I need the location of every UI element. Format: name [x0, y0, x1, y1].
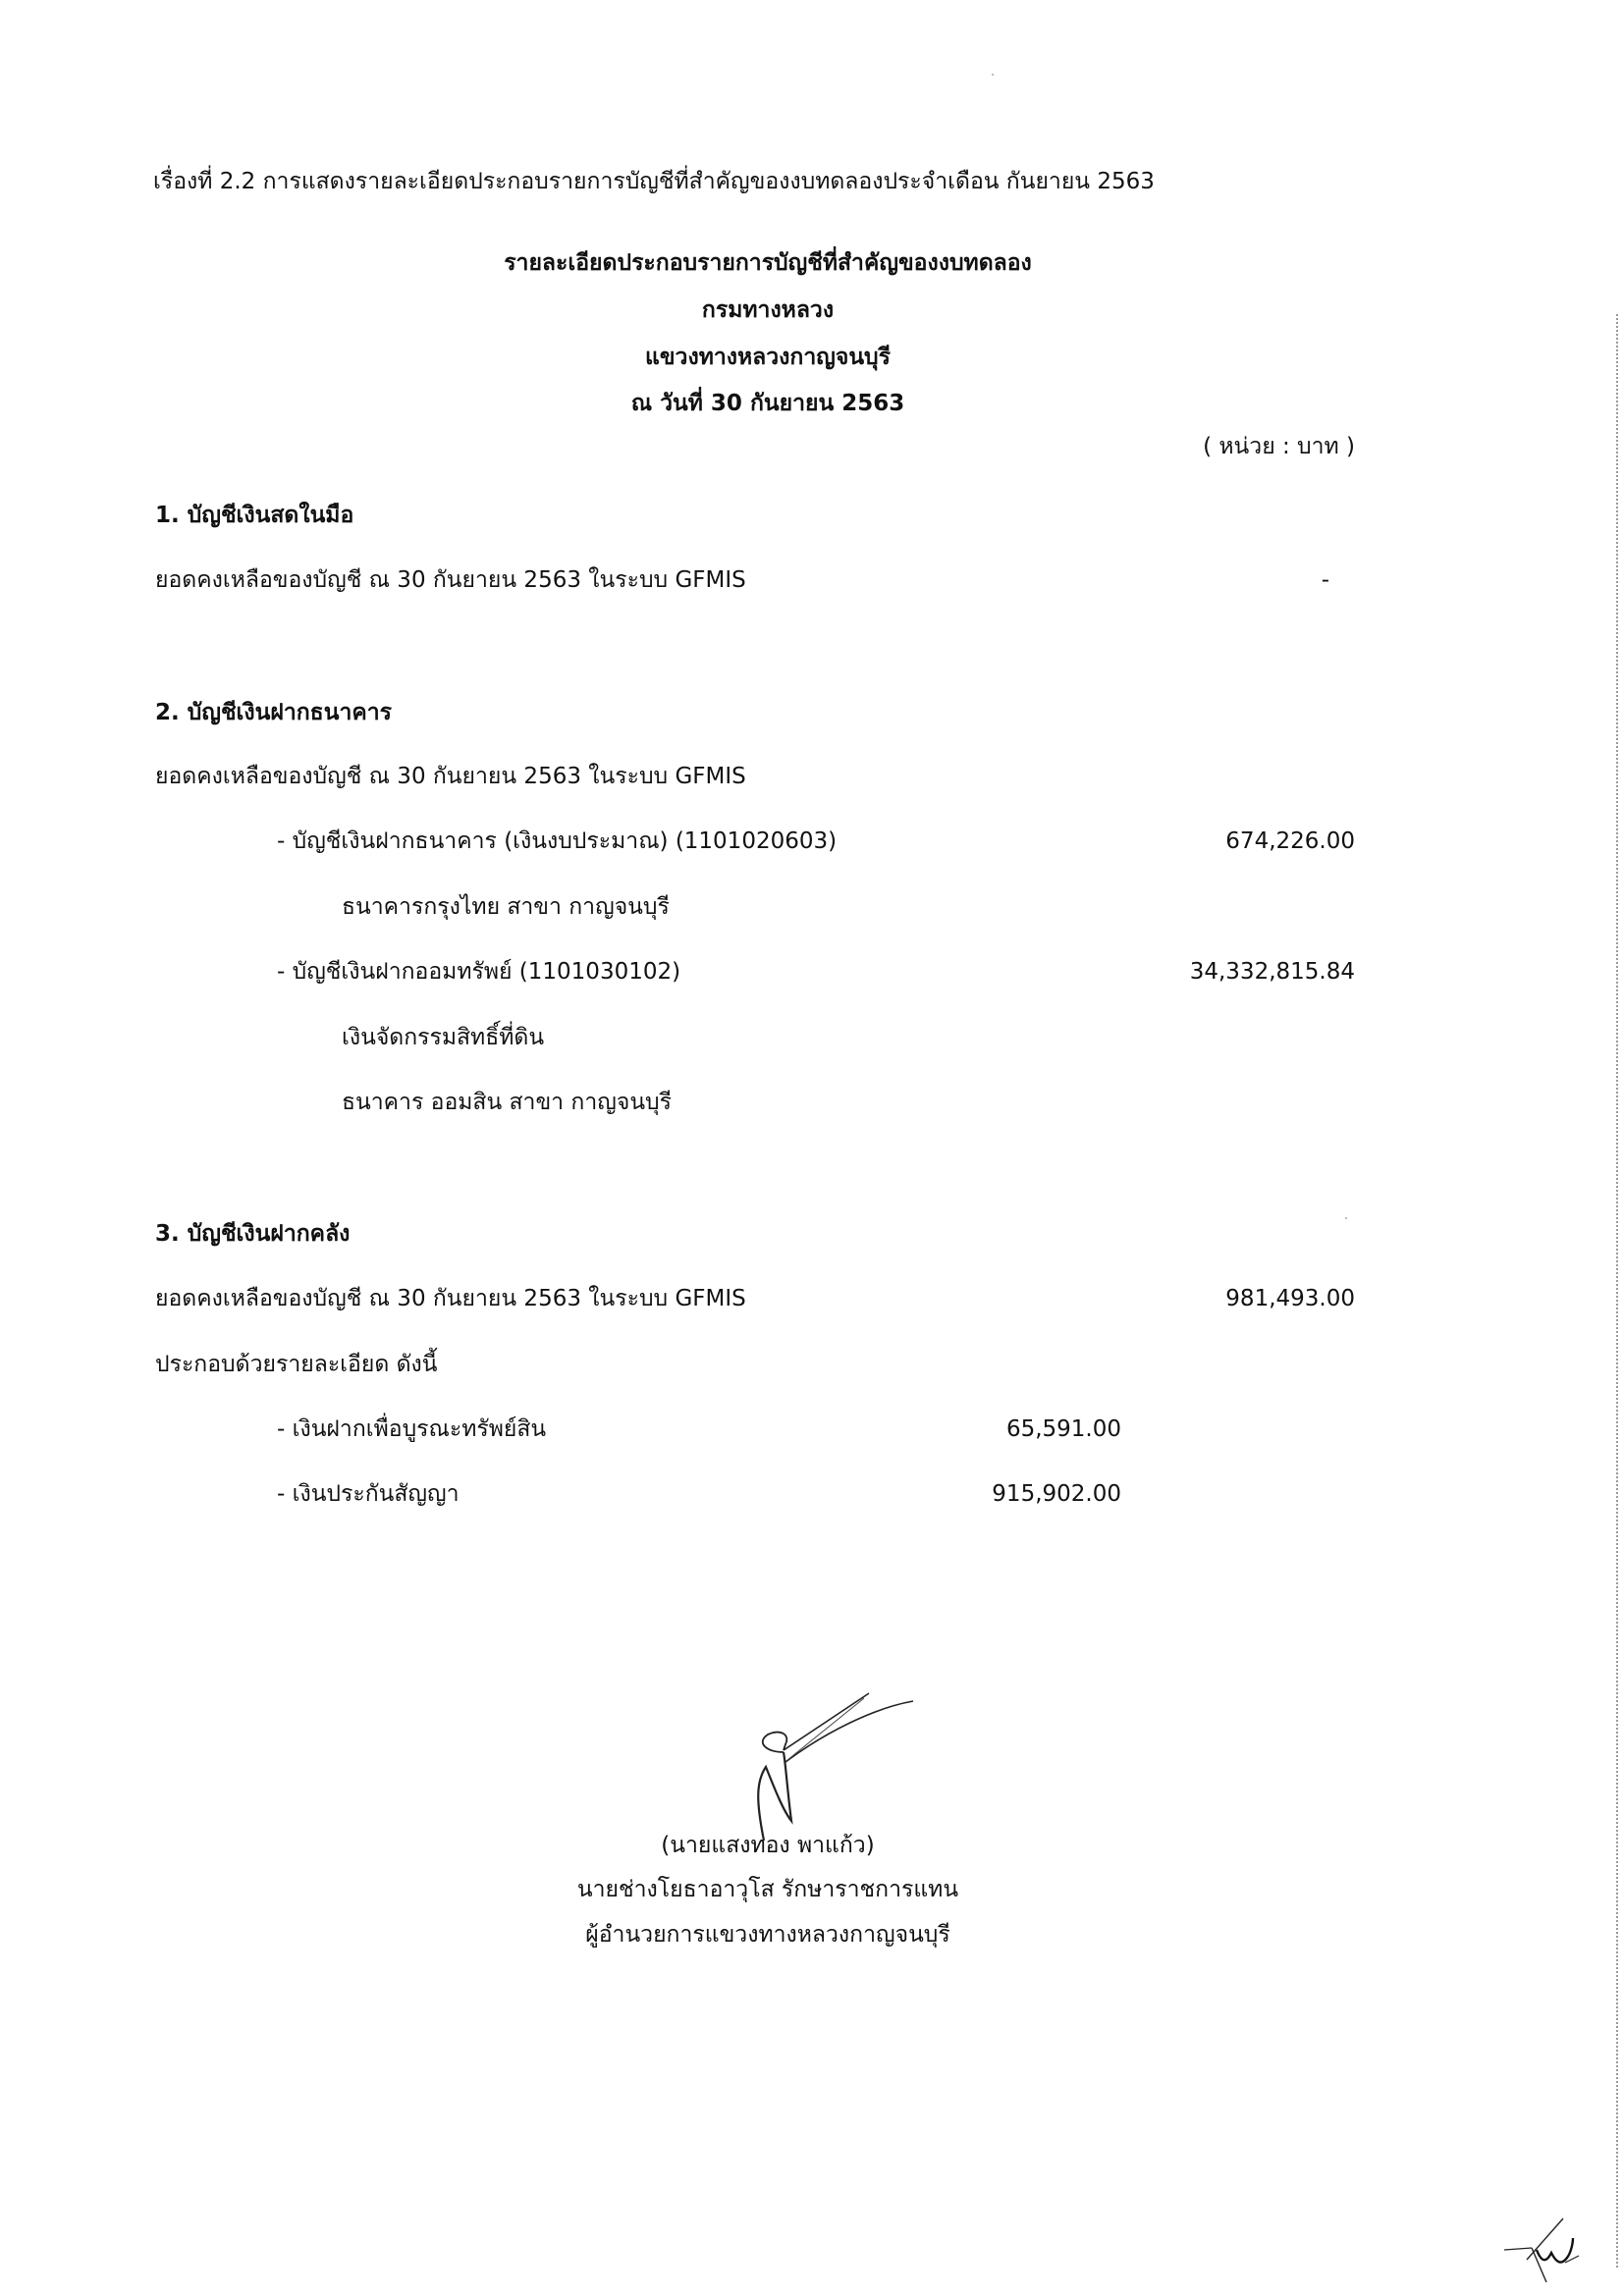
- office-name: แขวงทางหลวงกาญจนบุรี: [0, 343, 1536, 372]
- section-1-balance-label: ยอดคงเหลือของบัญชี ณ 30 กันยายน 2563 ในร…: [155, 565, 746, 595]
- section-3-detail-intro: ประกอบด้วยรายละเอียด ดังนี้: [155, 1350, 437, 1379]
- scan-speck: [1345, 1217, 1347, 1219]
- contract-guarantee-label: - เงินประกันสัญญา: [277, 1479, 460, 1509]
- signatory-name: (นายแสงทอง พาแก้ว): [0, 1831, 1536, 1860]
- initial-icon: [1502, 2209, 1591, 2282]
- section-1-heading: 1. บัญชีเงินสดในมือ: [155, 501, 353, 530]
- bank-account-branch: ธนาคารกรุงไทย สาขา กาญจนบุรี: [342, 892, 670, 922]
- department-name: กรมทางหลวง: [0, 295, 1536, 325]
- section-2-heading: 2. บัญชีเงินฝากธนาคาร: [155, 698, 392, 727]
- restoration-deposit-label: - เงินฝากเพื่อบูรณะทรัพย์สิน: [277, 1415, 546, 1444]
- unit-label: ( หน่วย : บาท ): [1203, 432, 1355, 461]
- contract-guarantee-value: 915,902.00: [992, 1479, 1121, 1509]
- section-3-heading: 3. บัญชีเงินฝากคลัง: [155, 1219, 350, 1249]
- bank-account-label: - บัญชีเงินฝากธนาคาร (เงินงบประมาณ) (110…: [277, 827, 837, 856]
- restoration-deposit-value: 65,591.00: [1006, 1415, 1121, 1444]
- savings-account-branch: ธนาคาร ออมสิน สาขา กาญจนบุรี: [342, 1088, 672, 1117]
- report-date: ณ วันที่ 30 กันยายน 2563: [0, 389, 1536, 418]
- signatory-position: นายช่างโยธาอาวุโส รักษาราชการแทน: [0, 1875, 1536, 1904]
- section-2-balance-label: ยอดคงเหลือของบัญชี ณ 30 กันยายน 2563 ในร…: [155, 762, 746, 791]
- scan-speck: [992, 74, 994, 76]
- bank-account-value: 674,226.00: [1225, 827, 1355, 856]
- savings-account-value: 34,332,815.84: [1190, 957, 1355, 987]
- savings-account-purpose: เงินจัดกรรมสิทธิ์ที่ดิน: [342, 1023, 544, 1052]
- scan-edge-line: [1616, 314, 1618, 2268]
- section-3-balance-label: ยอดคงเหลือของบัญชี ณ 30 กันยายน 2563 ในร…: [155, 1284, 746, 1313]
- document-topic: เรื่องที่ 2.2 การแสดงรายละเอียดประกอบราย…: [153, 167, 1155, 196]
- section-1-balance-value: -: [1322, 565, 1329, 595]
- savings-account-label: - บัญชีเงินฝากออมทรัพย์ (1101030102): [277, 957, 680, 987]
- signature-icon: [727, 1674, 923, 1850]
- section-3-balance-value: 981,493.00: [1225, 1284, 1355, 1313]
- report-title: รายละเอียดประกอบรายการบัญชีที่สำคัญของงบ…: [0, 248, 1536, 278]
- signatory-title: ผู้อำนวยการแขวงทางหลวงกาญจนบุรี: [0, 1920, 1536, 1949]
